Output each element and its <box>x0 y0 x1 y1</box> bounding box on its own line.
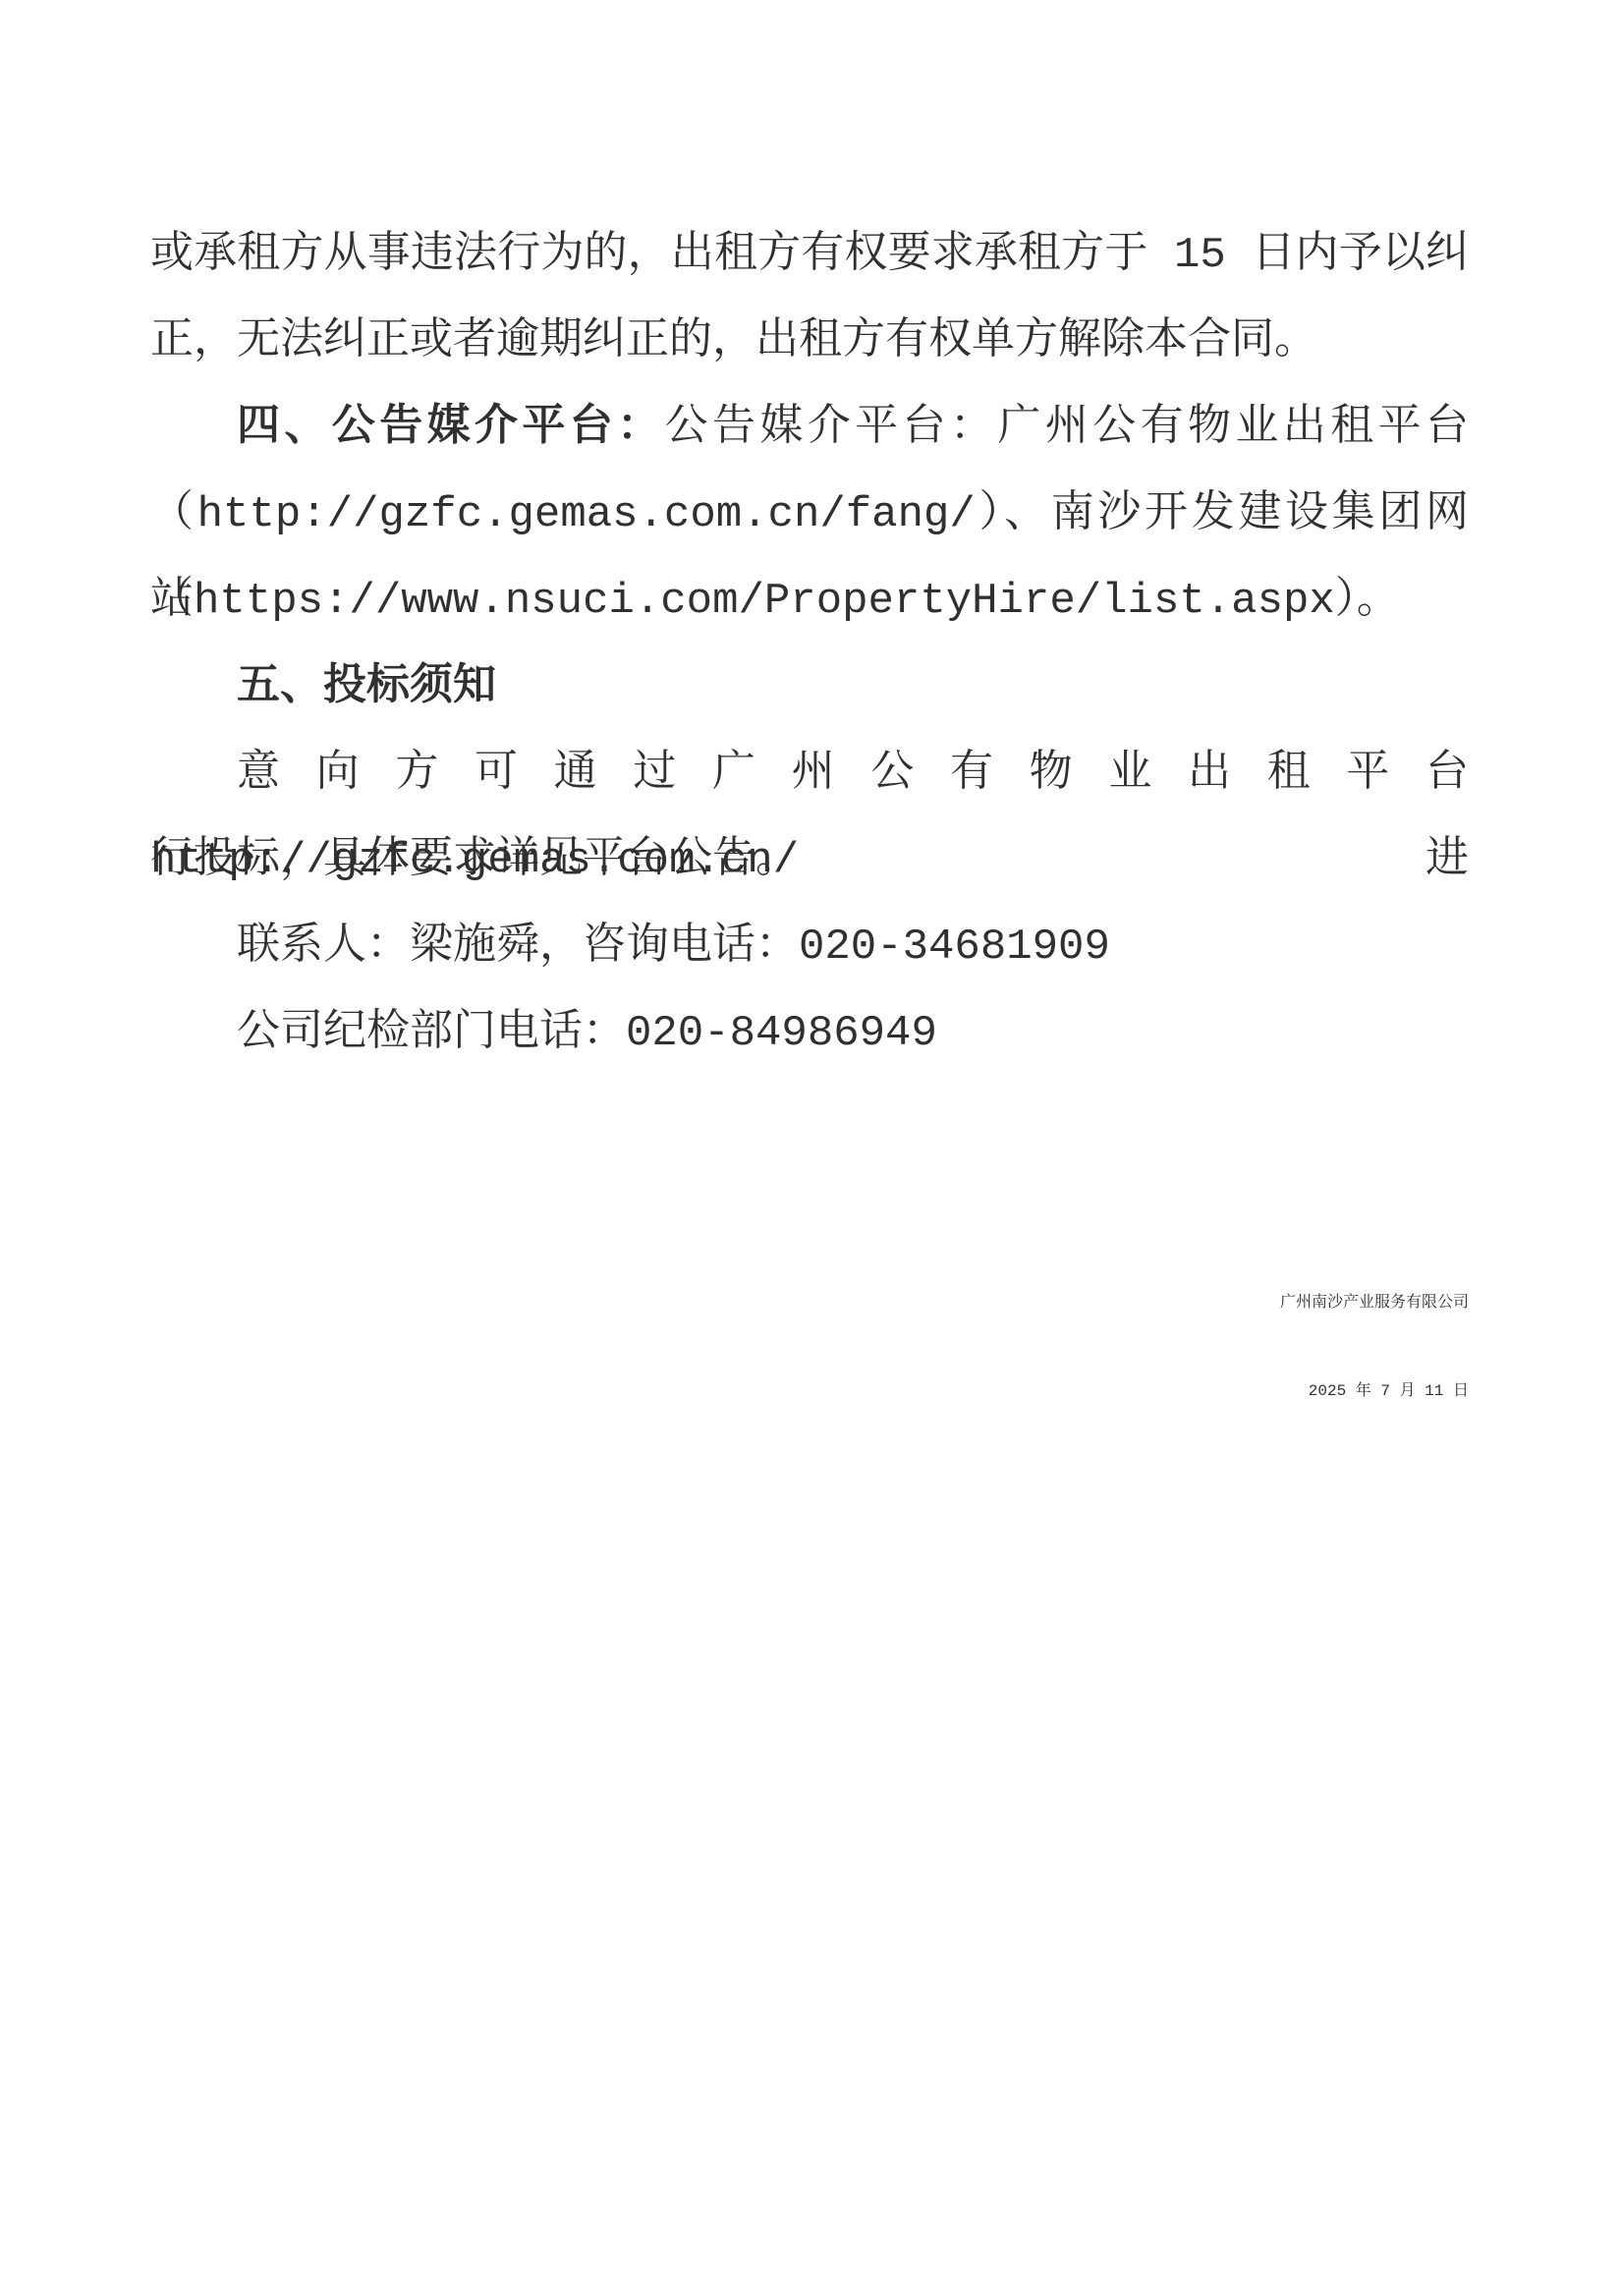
signature-company: 广州南沙产业服务有限公司 <box>150 1259 1469 1347</box>
document-page: 或承租方从事违法行为的，出租方有权要求承租方于 15 日内予以纠 正，无法纠正或… <box>0 0 1621 2296</box>
section5-body-line-1: 意向方可通过广州公有物业出租平台 http://gzfc.gemas.com.c… <box>150 731 1469 817</box>
section4-heading-line: 四、公告媒介平台：公告媒介平台：广州公有物业出租平台 <box>150 385 1469 472</box>
section4-platform-url-line: （http://gzfc.gemas.com.cn/fang/）、南沙开发建设集… <box>150 472 1469 558</box>
signature-date: 2025 年 7 月 11 日 <box>150 1347 1469 1435</box>
contact-line: 联系人：梁施舜，咨询电话：020-34681909 <box>150 904 1469 990</box>
section4-heading: 四、公告媒介平台： <box>237 404 665 453</box>
section5-heading: 五、投标须知 <box>150 644 1469 731</box>
violation-paragraph-line-1: 或承租方从事违法行为的，出租方有权要求承租方于 15 日内予以纠 <box>150 212 1469 299</box>
signature-gap <box>150 1077 1469 1259</box>
discipline-phone-line: 公司纪检部门电话：020-84986949 <box>150 990 1469 1077</box>
section4-heading-continuation: 公告媒介平台：广州公有物业出租平台 <box>665 404 1469 453</box>
violation-paragraph-line-2: 正，无法纠正或者逾期纠正的，出租方有权单方解除本合同。 <box>150 299 1469 385</box>
document-content: 或承租方从事违法行为的，出租方有权要求承租方于 15 日内予以纠 正，无法纠正或… <box>150 212 1469 1435</box>
section4-group-url-line: （https://www.nsuci.com/PropertyHire/list… <box>150 558 1469 644</box>
